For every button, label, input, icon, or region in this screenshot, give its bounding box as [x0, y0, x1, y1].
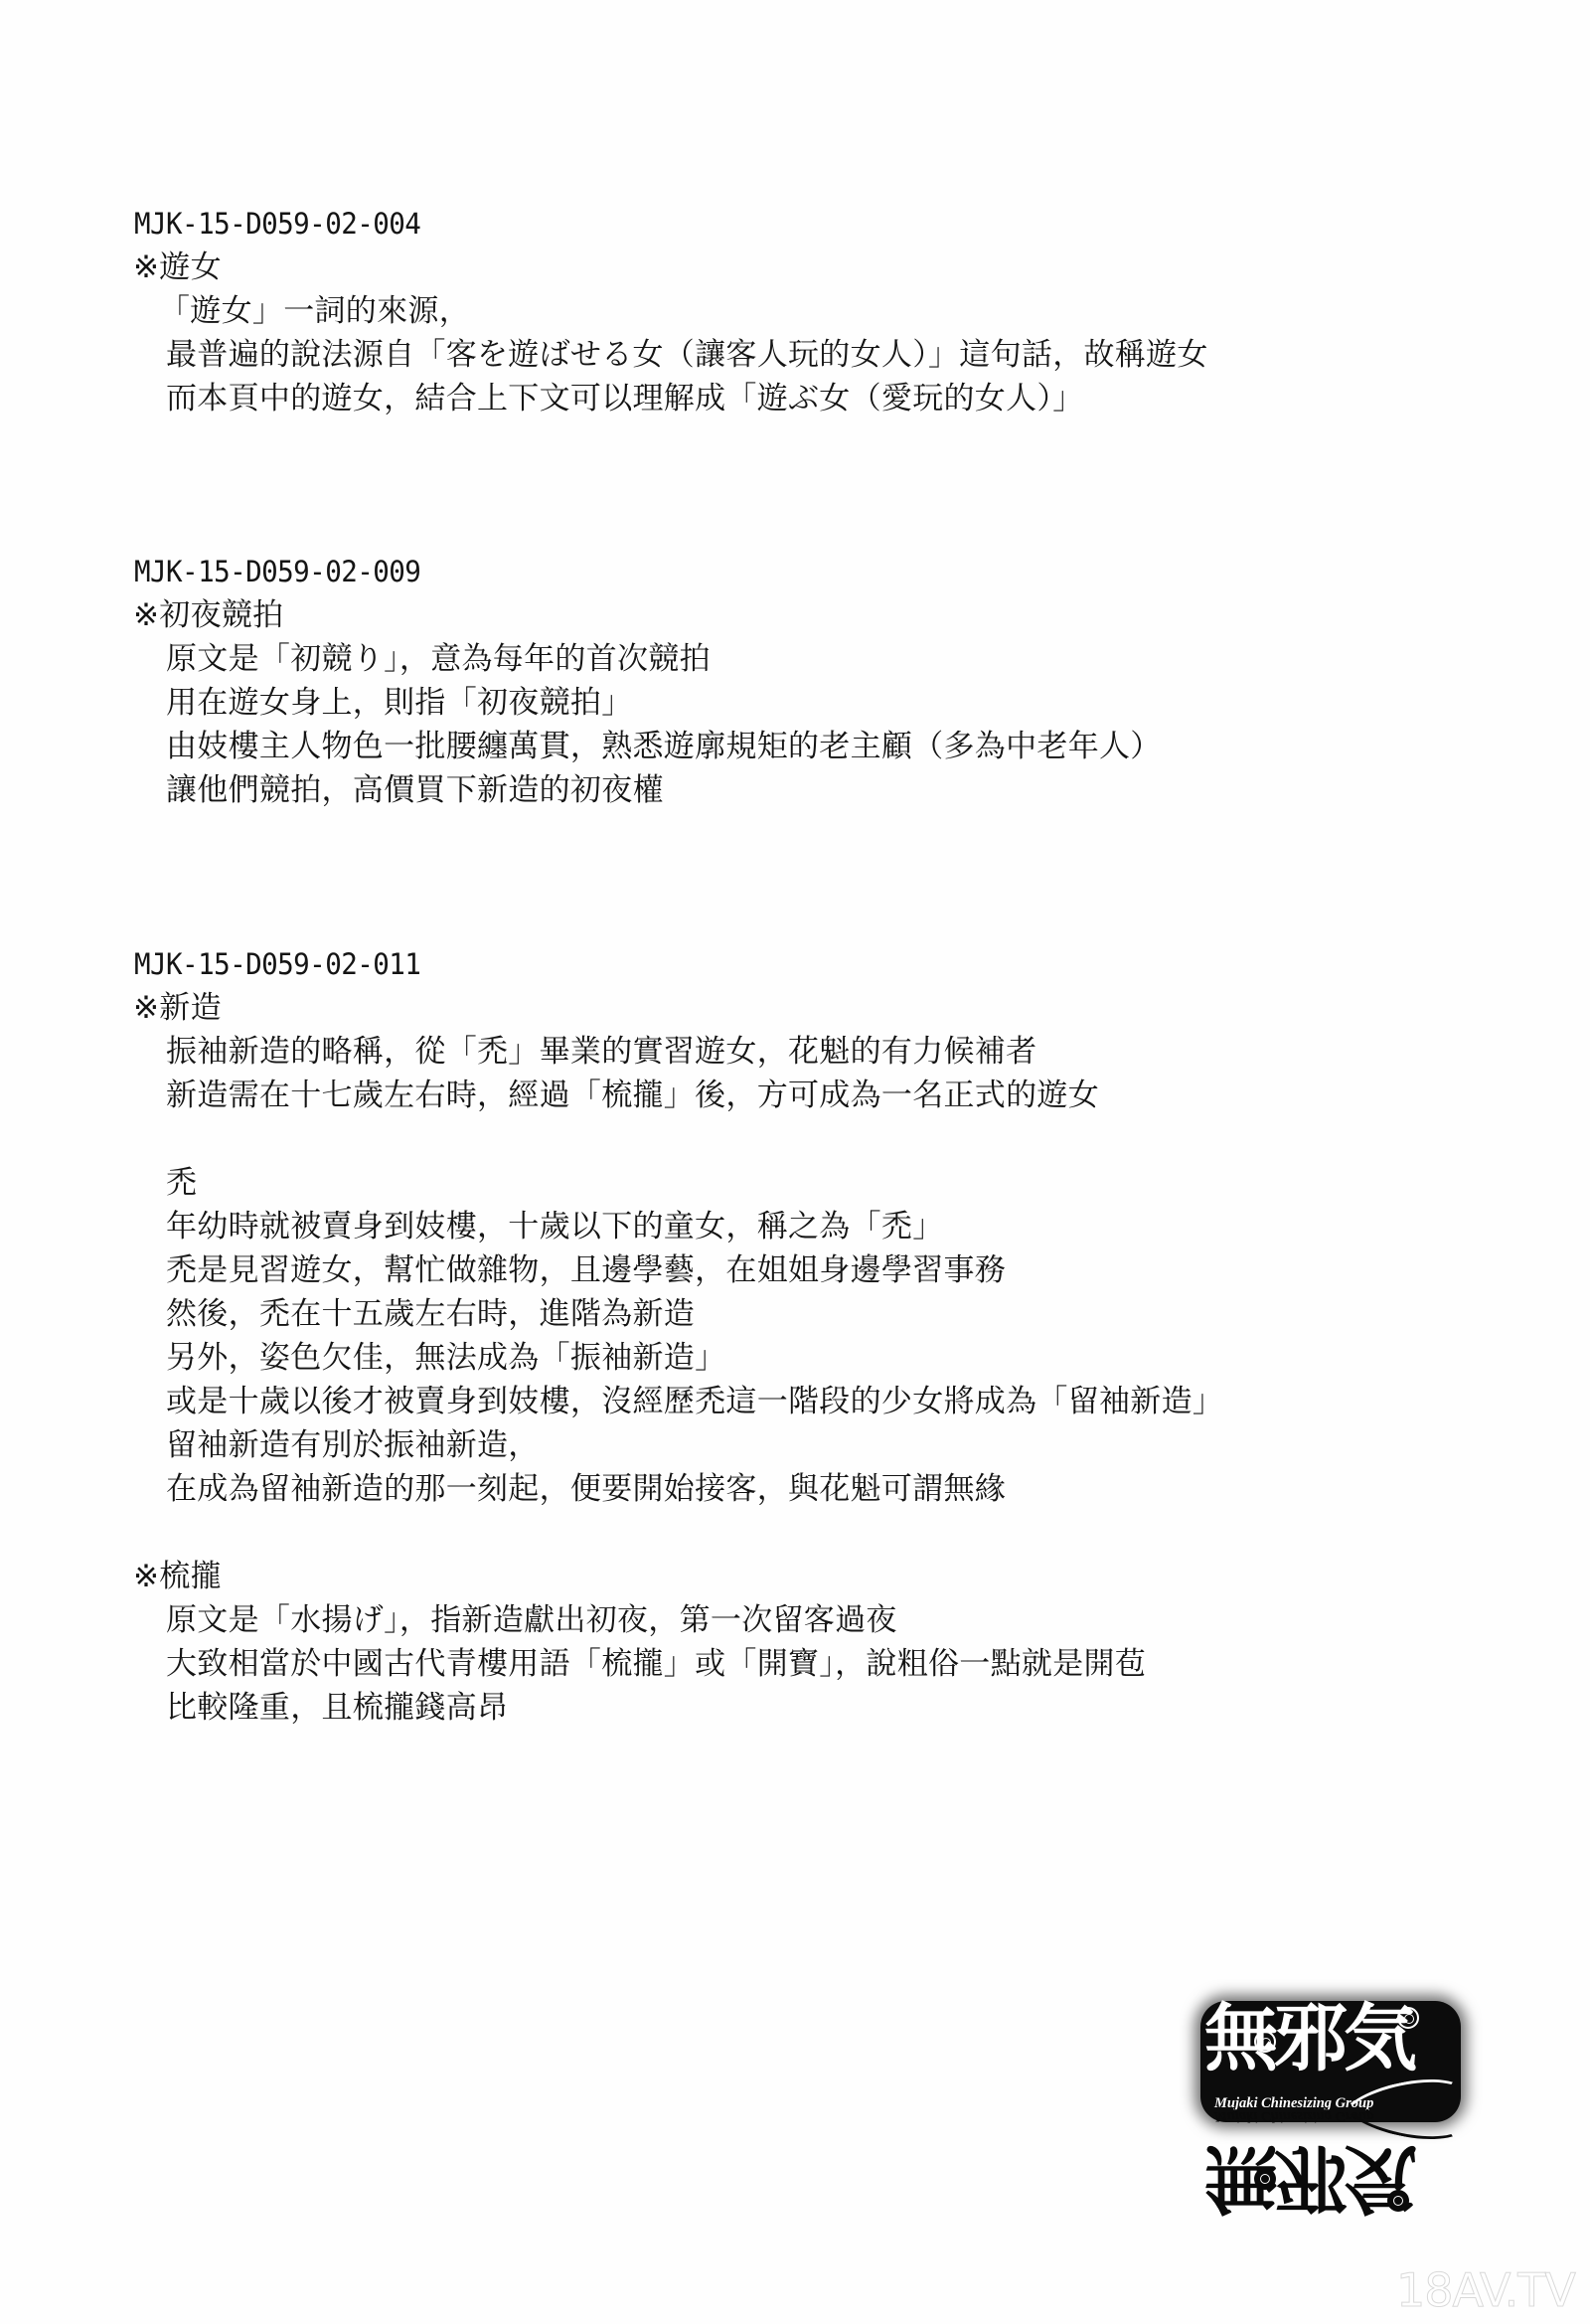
- logo-kanji-reflection: 無邪気: [1204, 2136, 1413, 2220]
- note-line: 然後，禿在十五歲左右時，進階為新造: [166, 1292, 695, 1336]
- rose-icon: [1254, 2031, 1276, 2053]
- note-line: 讓他們競拍，高價買下新造的初夜權: [166, 768, 664, 812]
- note-line: 或是十歲以後才被賣身到妓樓，沒經歷禿這一階段的少女將成為「留袖新造」: [166, 1380, 1223, 1423]
- logo-kanji: 無邪気: [1204, 1997, 1413, 2080]
- site-watermark: 18AV.TV: [1396, 2266, 1575, 2314]
- note-line: 原文是「水揚げ」，指新造獻出初夜，第一次留客過夜: [166, 1598, 897, 1642]
- group-logo: 無邪気 Mujaki Chinesizing Group 無邪気 Mujaki …: [1192, 1983, 1481, 2222]
- note-line: 而本頁中的遊女，結合上下文可以理解成「遊ぶ女（愛玩的女人）」: [166, 377, 1084, 420]
- note-heading: ※梳攏: [133, 1555, 222, 1598]
- note-code: MJK-15-D059-02-004: [134, 202, 420, 246]
- note-line: 最普遍的說法源自「客を遊ばせる女（讓客人玩的女人）」這句話，故稱遊女: [166, 333, 1208, 377]
- note-line: 「遊女」一詞的來源，: [159, 289, 470, 333]
- note-line: 原文是「初競り」，意為每年的首次競拍: [166, 637, 711, 681]
- note-heading: ※遊女: [133, 246, 222, 289]
- note-line: 另外，姿色欠佳，無法成為「振袖新造」: [166, 1336, 725, 1380]
- note-heading: ※新造: [133, 986, 222, 1030]
- note-line: 由妓樓主人物色一批腰纏萬貫，熟悉遊廓規矩的老主顧（多為中老年人）: [166, 725, 1162, 768]
- note-code: MJK-15-D059-02-011: [134, 942, 420, 986]
- note-line: 新造需在十七歲左右時，經過「梳攏」後，方可成為一名正式的遊女: [166, 1074, 1099, 1117]
- note-code: MJK-15-D059-02-009: [134, 550, 420, 593]
- note-line: 比較隆重，且梳攏錢高昂: [166, 1686, 508, 1730]
- note-subheading: 禿: [166, 1161, 197, 1205]
- note-line: 年幼時就被賣身到妓樓，十歲以下的童女，稱之為「禿」: [166, 1205, 944, 1248]
- rose-icon: [1254, 2168, 1276, 2190]
- note-line: 大致相當於中國古代青樓用語「梳攏」或「開寶」，說粗俗一點就是開苞: [166, 1642, 1146, 1686]
- rose-icon: [1387, 2190, 1409, 2212]
- note-line: 禿是見習遊女，幫忙做雜物，且邊學藝，在姐姐身邊學習事務: [166, 1248, 1006, 1292]
- note-line: 用在遊女身上，則指「初夜競拍」: [166, 681, 633, 725]
- note-heading: ※初夜競拍: [133, 593, 283, 637]
- rose-icon: [1397, 2007, 1419, 2029]
- note-line: 留袖新造有別於振袖新造，: [166, 1423, 540, 1467]
- note-line: 在成為留袖新造的那一刻起，便要開始接客，與花魁可謂無緣: [166, 1467, 1006, 1511]
- logo-reflection: 無邪気 Mujaki Chinesizing Group: [1192, 2100, 1481, 2220]
- translator-notes-page: MJK-15-D059-02-004 ※遊女 「遊女」一詞的來源， 最普遍的說法…: [0, 0, 1590, 2324]
- note-line: 振袖新造的略稱，從「禿」畢業的實習遊女，花魁的有力候補者: [166, 1030, 1036, 1074]
